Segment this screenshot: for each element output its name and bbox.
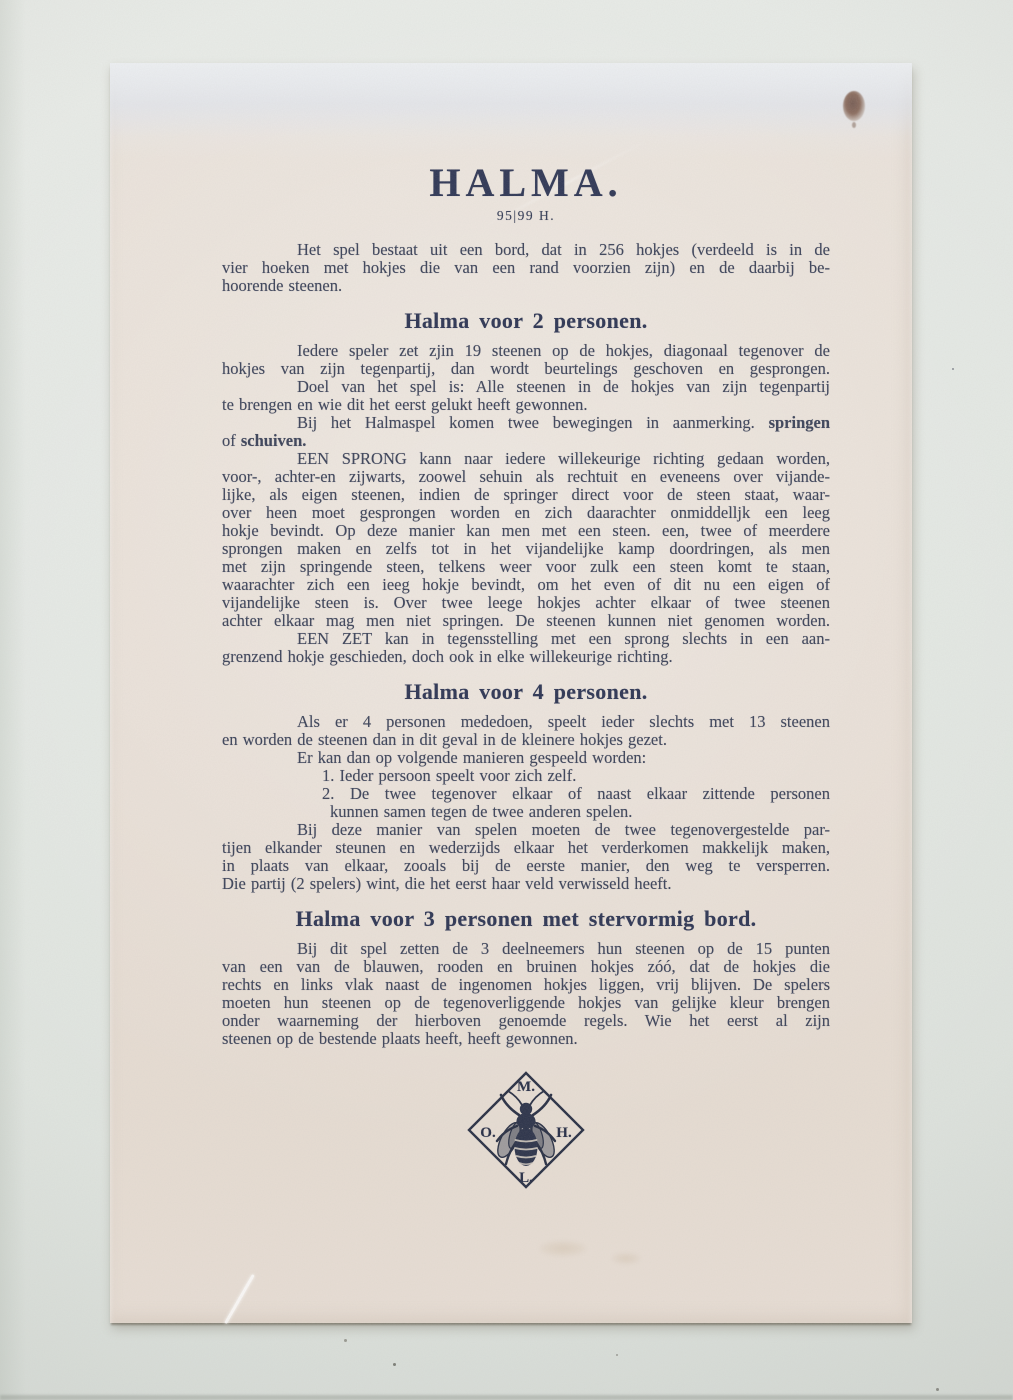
text-line: Doel van het spel is: Alle steenen in de… — [222, 378, 830, 396]
logo-letter-right: H. — [556, 1125, 572, 1141]
text-line: Als er 4 personen mededoen, speelt ieder… — [222, 713, 830, 731]
logo-letter-bottom: L. — [519, 1170, 533, 1186]
mount-bottom-edge — [0, 1395, 1013, 1400]
text-line: EEN SPRONG kann naar iedere willekeurige… — [222, 450, 830, 468]
text-line: Bij het Halmaspel komen twee bewegingen … — [222, 414, 830, 432]
text-line: Iedere speler zet zjin 19 steenen op de … — [222, 342, 830, 360]
text-line: lijke, als eigen steenen, indien de spri… — [222, 486, 830, 504]
photo-of-document: HALMA. 95|99 H. Het spel bestaat uit een… — [0, 0, 1013, 1400]
text-line: Bij deze manier van spelen moeten de twe… — [222, 821, 830, 839]
text-line: moeten hun steenen op de tegenoverliggen… — [222, 994, 830, 1012]
text-line: waarachter zich een ieeg hokje bevindt, … — [222, 576, 830, 594]
text-line: of schuiven. — [222, 432, 830, 450]
text-line: grenzend hokje geschieden, doch ook in e… — [222, 648, 830, 666]
text-line: met zijn springende steen, telkens weer … — [222, 558, 830, 576]
text-line: in plaats van elkaar, zooals bij de eers… — [222, 857, 830, 875]
logo-letter-left: O. — [480, 1125, 496, 1141]
text-line: kunnen samen tegen de twee anderen spele… — [222, 803, 830, 821]
text-line: hoorende steenen. — [222, 277, 830, 295]
text-line: vier hoeken met hokjes die van een rand … — [222, 259, 830, 277]
text-line: rechts en links vlak naast de ingenomen … — [222, 976, 830, 994]
speck — [616, 1354, 618, 1356]
text-line: te brengen en wie dit het eerst gelukt h… — [222, 396, 830, 414]
stain-mark — [843, 91, 865, 121]
text-line: achter elkaar mag men niet springen. De … — [222, 612, 830, 630]
text-line: hokje bevindt. Op deze manier kan men me… — [222, 522, 830, 540]
document-body-lines: Het spel bestaat uit een bord, dat in 25… — [222, 241, 830, 1048]
text-line: Die partij (2 spelers) wint, die het eer… — [222, 875, 830, 893]
text-line: Bij dit spel zetten de 3 deelneemers hun… — [222, 940, 830, 958]
text-line: steenen op de bestende plaats heeft, hee… — [222, 1030, 830, 1048]
speck — [952, 368, 954, 370]
paper-sheet: HALMA. 95|99 H. Het spel bestaat uit een… — [110, 63, 912, 1323]
speck — [936, 1388, 939, 1391]
text-line: Er kan dan op volgende manieren gespeeld… — [222, 749, 830, 767]
text-line: 2. De twee tegenover elkaar of naast elk… — [222, 785, 830, 803]
text-line: onder waarneming der hierboven genoemde … — [222, 1012, 830, 1030]
section-heading: Halma voor 2 personen. — [222, 308, 830, 334]
smudge-mark — [612, 1253, 640, 1264]
publisher-logo: M. O. H. L. — [464, 1068, 588, 1192]
text-line: 1. Ieder persoon speelt voor zich zelf. — [222, 767, 830, 785]
speck — [344, 1339, 347, 1342]
text-line: Het spel bestaat uit een bord, dat in 25… — [222, 241, 830, 259]
text-line: EEN ZET kan in tegensstelling met een sp… — [222, 630, 830, 648]
section-heading: Halma voor 4 personen. — [222, 679, 830, 705]
document-content: HALMA. 95|99 H. Het spel bestaat uit een… — [222, 63, 830, 1192]
section-heading: Halma voor 3 personen met stervormig bor… — [222, 906, 830, 932]
text-line: voor-, achter-en zijwarts, zoowel sehuin… — [222, 468, 830, 486]
smudge-mark — [540, 1241, 586, 1256]
text-line: hokjes van zijn tegenpartij, dan wordt b… — [222, 360, 830, 378]
logo-letter-top: M. — [517, 1079, 535, 1095]
speck — [393, 1363, 396, 1366]
paper-scratch — [224, 1274, 255, 1324]
bee-icon — [493, 1091, 559, 1166]
text-line: sprongen maken en zelfs tot in het vijan… — [222, 540, 830, 558]
text-line: vijandelijke steen is. Over twee leege h… — [222, 594, 830, 612]
document-subtitle: 95|99 H. — [222, 208, 830, 224]
text-line: tijen elkander steunen en wederzijds elk… — [222, 839, 830, 857]
text-line: over heen moet gesprongen worden en zich… — [222, 504, 830, 522]
mount-shade — [0, 0, 26, 1400]
text-line: en worden de steenen dan in dit geval in… — [222, 731, 830, 749]
document-title: HALMA. — [222, 161, 830, 205]
text-line: van een van de blauwen, rooden en bruine… — [222, 958, 830, 976]
